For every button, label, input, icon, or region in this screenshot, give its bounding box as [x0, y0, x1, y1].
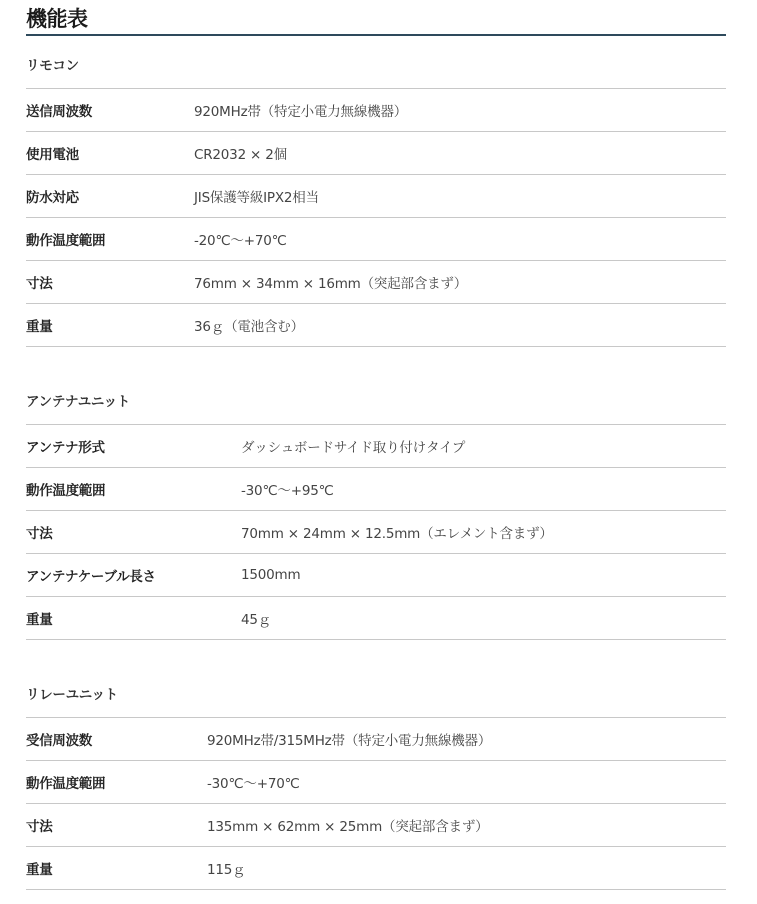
spec-value: 115ｇ — [207, 858, 245, 878]
spec-label: 寸法 — [26, 522, 241, 542]
spec-label: アンテナ形式 — [26, 436, 241, 456]
spec-row: アンテナケーブル長さ 1500mm — [26, 554, 726, 597]
section-antenna-unit: アンテナユニット アンテナ形式 ダッシュボードサイド取り付けタイプ 動作温度範囲… — [26, 380, 726, 640]
spec-value: 36ｇ（電池含む） — [194, 315, 304, 335]
section-relay-unit: リレーユニット 受信周波数 920MHz帯/315MHz帯（特定小電力無線機器）… — [26, 673, 726, 890]
spec-label: アンテナケーブル長さ — [26, 565, 241, 585]
spec-value: -20℃～+70℃ — [194, 229, 287, 249]
spec-value: -30℃～+70℃ — [207, 772, 300, 792]
spec-value: 135mm × 62mm × 25mm（突起部含まず） — [207, 815, 488, 835]
spec-label: 使用電池 — [26, 143, 194, 163]
spec-value: 920MHz帯（特定小電力無線機器） — [194, 100, 407, 120]
spec-label: 寸法 — [26, 815, 207, 835]
spec-row: 動作温度範囲 -20℃～+70℃ — [26, 218, 726, 261]
spec-label: 動作温度範囲 — [26, 772, 207, 792]
spec-label: 送信周波数 — [26, 100, 194, 120]
section-remote: リモコン 送信周波数 920MHz帯（特定小電力無線機器） 使用電池 CR203… — [26, 44, 726, 347]
spec-row: 動作温度範囲 -30℃～+70℃ — [26, 761, 726, 804]
spec-value: JIS保護等級IPX2相当 — [194, 186, 319, 206]
spec-value: ダッシュボードサイド取り付けタイプ — [241, 436, 465, 456]
spec-row: 動作温度範囲 -30℃～+95℃ — [26, 468, 726, 511]
spec-row: 寸法 76mm × 34mm × 16mm（突起部含まず） — [26, 261, 726, 304]
page-title: 機能表 — [26, 3, 88, 33]
section-heading: リモコン — [26, 44, 726, 89]
spec-value: 1500mm — [241, 567, 300, 583]
spec-row: 重量 115ｇ — [26, 847, 726, 890]
spec-value: CR2032 × 2個 — [194, 143, 287, 163]
spec-label: 防水対応 — [26, 186, 194, 206]
spec-row: 重量 36ｇ（電池含む） — [26, 304, 726, 347]
spec-row: 受信周波数 920MHz帯/315MHz帯（特定小電力無線機器） — [26, 718, 726, 761]
spec-row: 寸法 135mm × 62mm × 25mm（突起部含まず） — [26, 804, 726, 847]
spec-label: 動作温度範囲 — [26, 229, 194, 249]
spec-label: 重量 — [26, 608, 241, 628]
spec-label: 重量 — [26, 858, 207, 878]
section-heading: リレーユニット — [26, 673, 726, 718]
spec-row: アンテナ形式 ダッシュボードサイド取り付けタイプ — [26, 425, 726, 468]
spec-row: 送信周波数 920MHz帯（特定小電力無線機器） — [26, 89, 726, 132]
spec-label: 重量 — [26, 315, 194, 335]
spec-value: -30℃～+95℃ — [241, 479, 334, 499]
spec-label: 動作温度範囲 — [26, 479, 241, 499]
spec-value: 70mm × 24mm × 12.5mm（エレメント含まず） — [241, 522, 553, 542]
spec-value: 920MHz帯/315MHz帯（特定小電力無線機器） — [207, 729, 491, 749]
spec-label: 受信周波数 — [26, 729, 207, 749]
spec-row: 寸法 70mm × 24mm × 12.5mm（エレメント含まず） — [26, 511, 726, 554]
spec-value: 76mm × 34mm × 16mm（突起部含まず） — [194, 272, 467, 292]
section-heading: アンテナユニット — [26, 380, 726, 425]
spec-row: 防水対応 JIS保護等級IPX2相当 — [26, 175, 726, 218]
spec-label: 寸法 — [26, 272, 194, 292]
spec-row: 重量 45ｇ — [26, 597, 726, 640]
spec-row: 使用電池 CR2032 × 2個 — [26, 132, 726, 175]
spec-value: 45ｇ — [241, 608, 271, 628]
title-divider — [26, 34, 726, 36]
